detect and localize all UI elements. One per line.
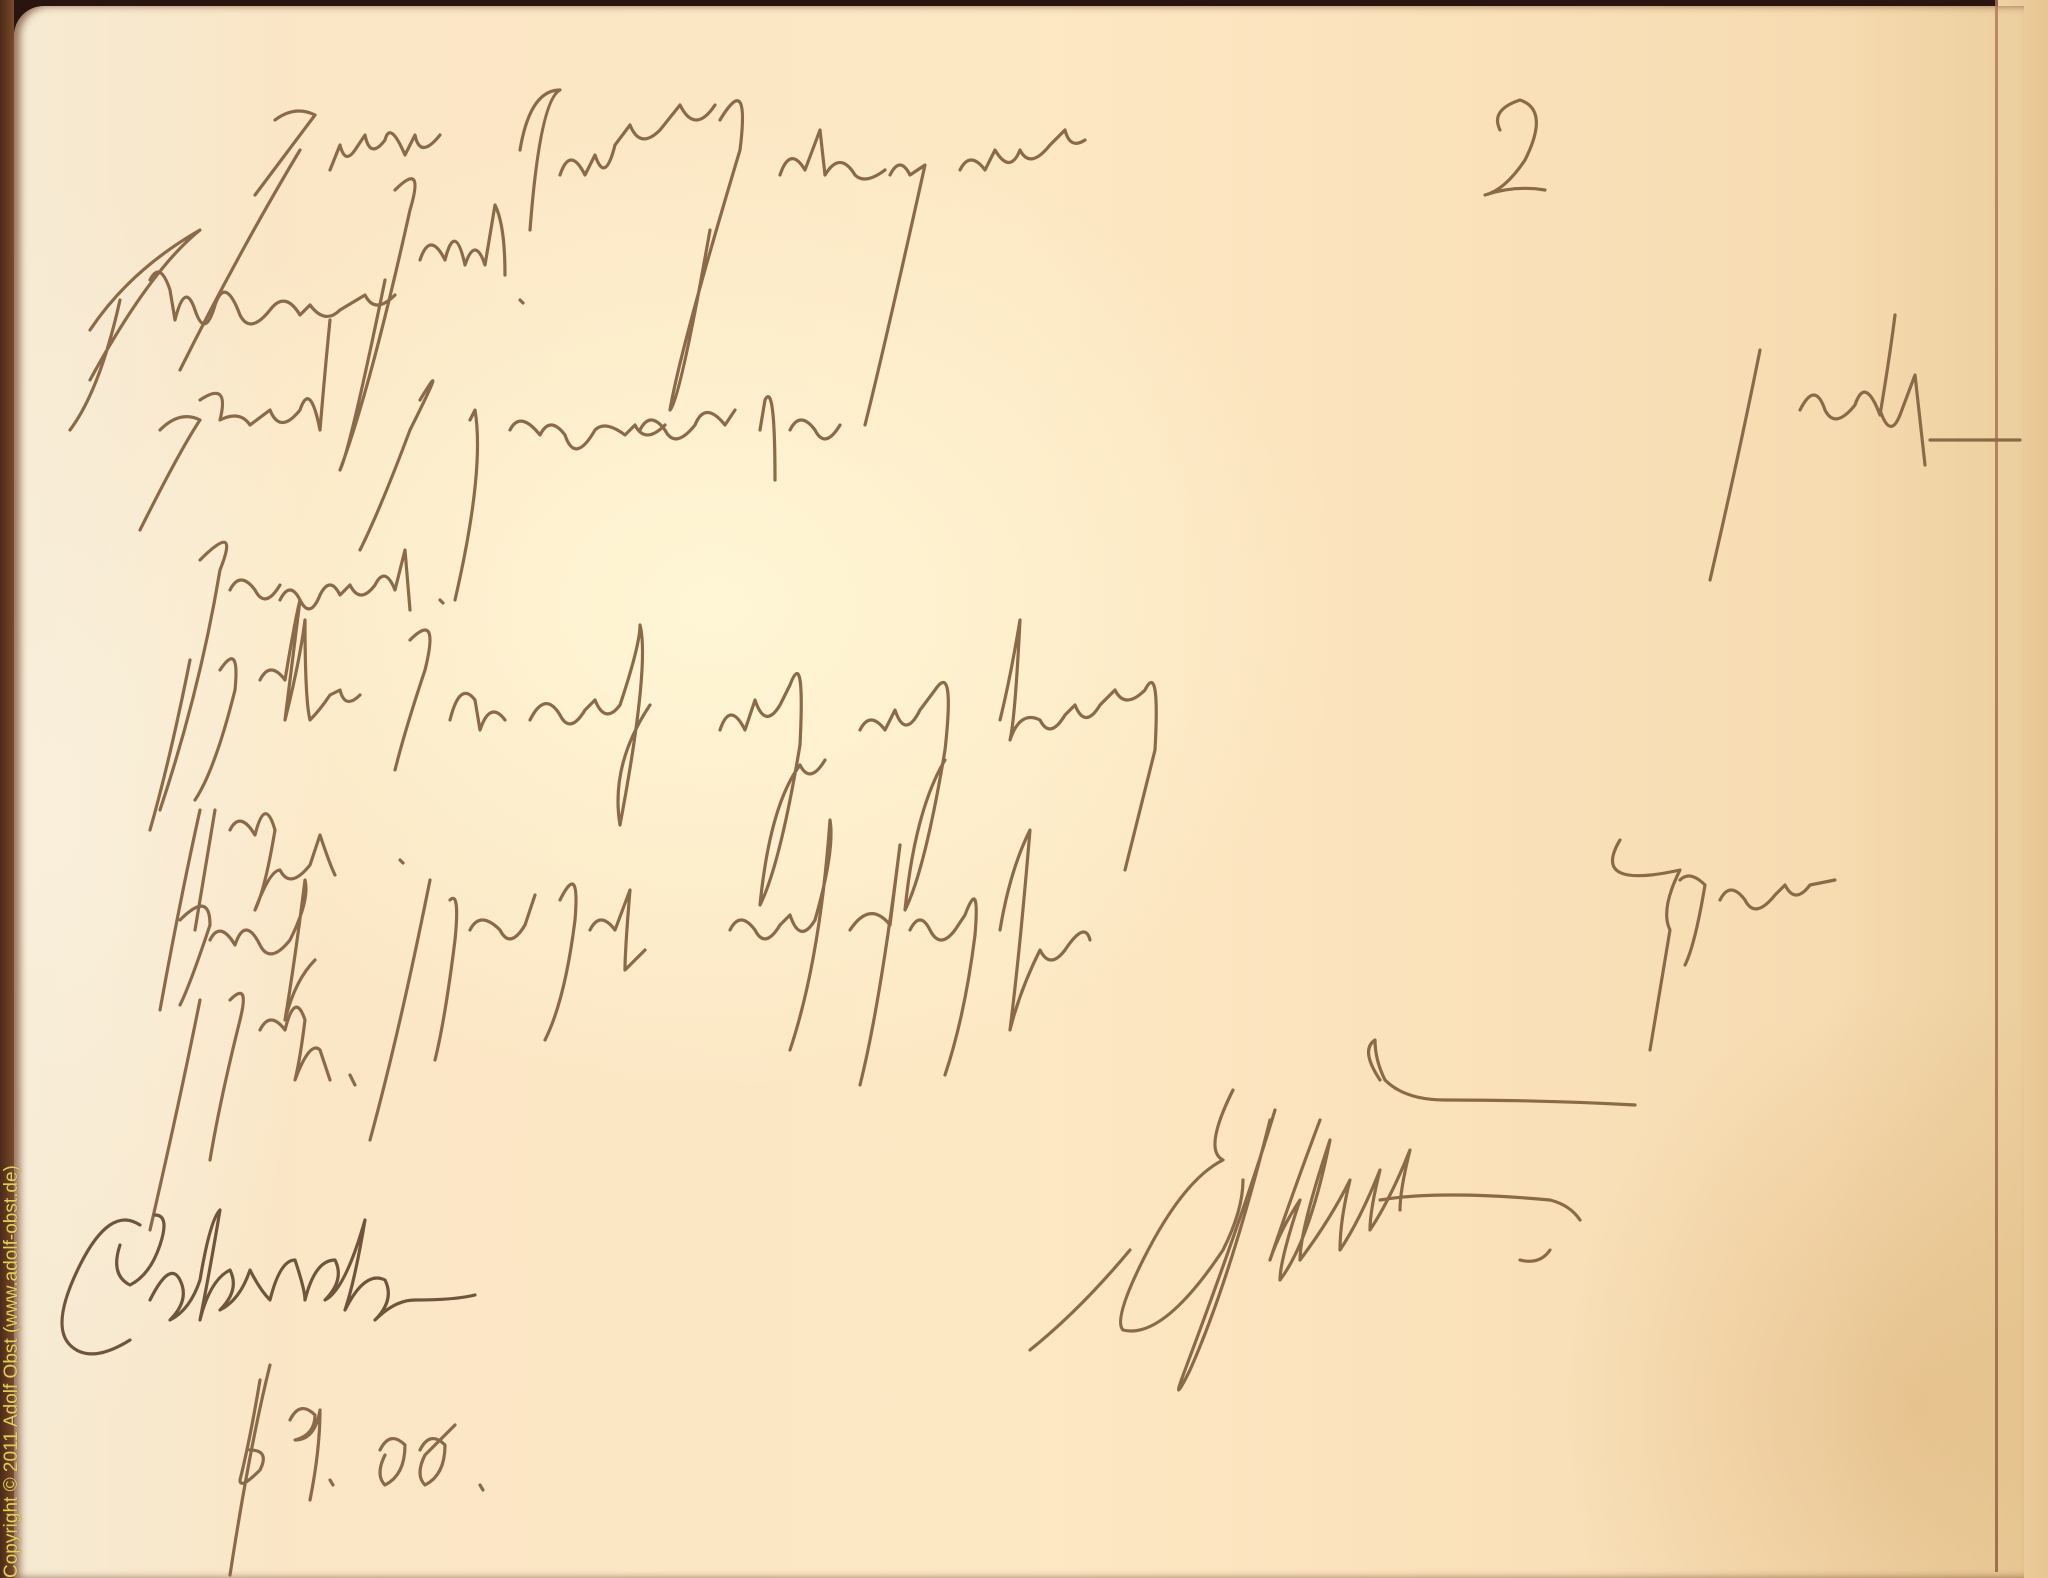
handwriting-line-6 <box>160 810 403 1010</box>
handwriting-signature <box>1030 1040 1635 1390</box>
handwriting-ink <box>0 0 2048 1578</box>
handwriting-date <box>230 1365 483 1575</box>
handwriting-line-5 <box>150 600 1156 910</box>
handwriting-line-7 <box>180 820 1835 1140</box>
handwriting-line-8 <box>150 993 355 1230</box>
handwriting-line-1 <box>180 90 1545 425</box>
handwriting-line-4 <box>160 542 443 810</box>
copyright-watermark: Copyright © 2011 Adolf Obst (www.adolf-o… <box>0 918 24 1578</box>
handwriting-place <box>62 1210 475 1354</box>
handwriting-line-2 <box>70 179 523 470</box>
handwriting-line-3 <box>140 315 2020 600</box>
